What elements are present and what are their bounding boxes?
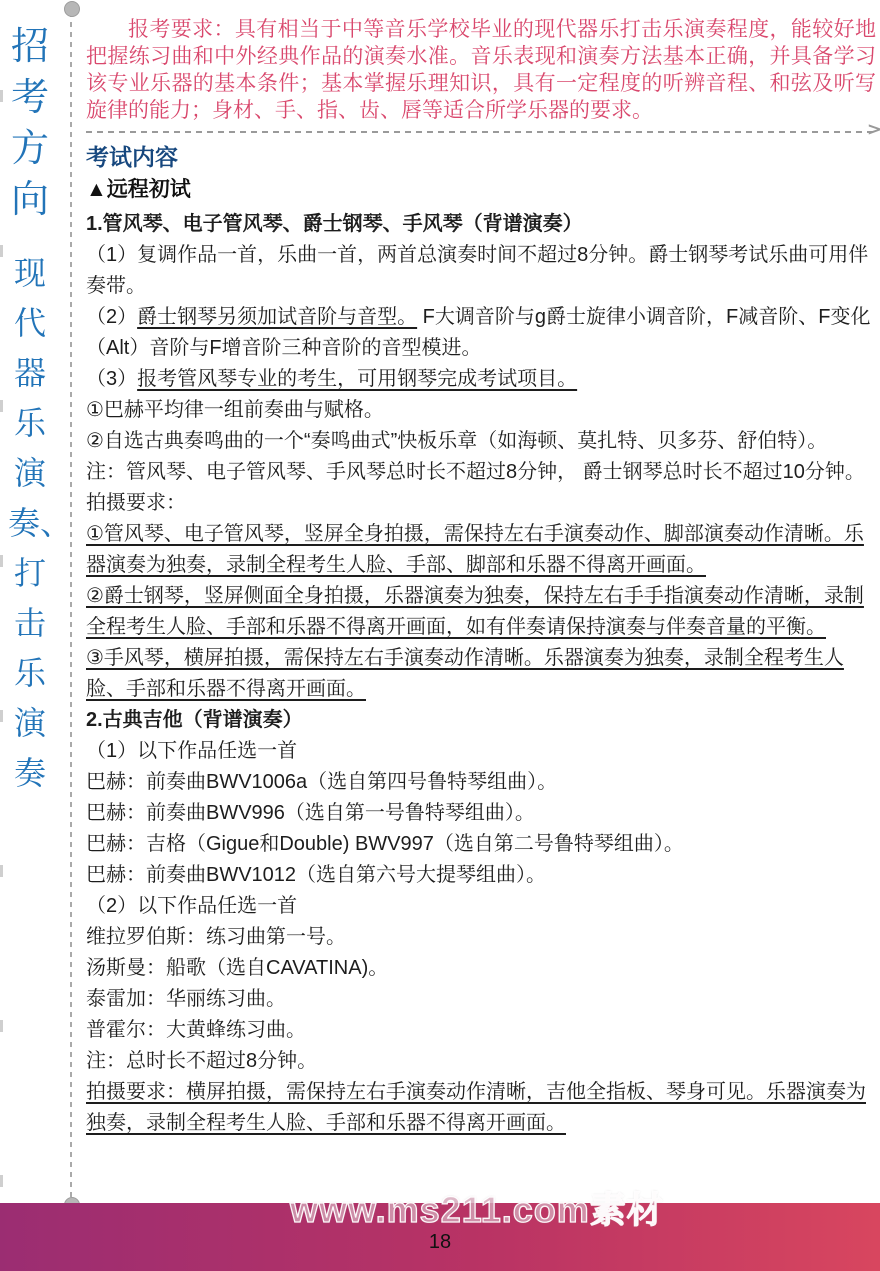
repertoire-item: 泰雷加：华丽练习曲。 xyxy=(86,984,876,1015)
item2-group1-label: （1）以下作品任选一首 xyxy=(86,736,876,767)
main-content: 报考要求：具有相当于中等音乐学校毕业的现代器乐打击乐演奏程度，能较好地把握练习曲… xyxy=(86,0,876,1139)
repertoire-item: 巴赫：前奏曲BWV1012（选自第六号大提琴组曲）。 xyxy=(86,860,876,891)
admission-requirements-paragraph: 报考要求：具有相当于中等音乐学校毕业的现代器乐打击乐演奏程度，能较好地把握练习曲… xyxy=(86,0,876,124)
divider-dot-top-icon xyxy=(64,1,80,17)
item2-note: 注：总时长不超过8分钟。 xyxy=(86,1046,876,1077)
item1-point1: （1）复调作品一首，乐曲一首，两首总演奏时间不超过8分钟。爵士钢琴考试乐曲可用伴… xyxy=(86,240,876,302)
vertical-dashed-divider xyxy=(70,12,72,1202)
item2-group2-label: （2）以下作品任选一首 xyxy=(86,891,876,922)
item1-point2: （2）爵士钢琴另须加试音阶与音型。 F大调音阶与g爵士旋律小调音阶，F减音阶、F… xyxy=(86,302,876,364)
item1-point3-underlined: 报考管风琴专业的考生，可用钢琴完成考试项目。 xyxy=(137,368,577,390)
document-page: 招考方向 现代器乐演奏、打击乐演奏 报考要求：具有相当于中等音乐学校毕业的现代器… xyxy=(0,0,880,1271)
section-heading: 考试内容 xyxy=(86,143,876,171)
item1-filming-label: 拍摄要求： xyxy=(86,488,876,519)
item1-sub1: ①巴赫平均律一组前奏曲与赋格。 xyxy=(86,395,876,426)
item1-point2-prefix: （2） xyxy=(86,306,137,328)
sidebar-subtitle: 现代器乐演奏、打击乐演奏 xyxy=(8,248,52,798)
item1-point3: （3）报考管风琴专业的考生，可用钢琴完成考试项目。 xyxy=(86,364,876,395)
item1-filming2: ②爵士钢琴，竖屏侧面全身拍摄，乐器演奏为独奏，保持左右手手指演奏动作清晰，录制全… xyxy=(86,581,876,643)
repertoire-item: 普霍尔：大黄蜂练习曲。 xyxy=(86,1015,876,1046)
item1-point2-underlined: 爵士钢琴另须加试音阶与音型。 xyxy=(137,306,417,328)
exam-content-section: 考试内容 ▲远程初试 1.管风琴、电子管风琴、爵士钢琴、手风琴（背谱演奏） （1… xyxy=(86,143,876,1139)
sidebar: 招考方向 现代器乐演奏、打击乐演奏 xyxy=(8,22,52,798)
watermark: www.ms211.com素材 xyxy=(290,1182,664,1233)
item1-title: 1.管风琴、电子管风琴、爵士钢琴、手风琴（背谱演奏） xyxy=(86,209,876,240)
section-divider: > xyxy=(86,131,876,133)
item1-filming1: ①管风琴、电子管风琴，竖屏全身拍摄，需保持左右手演奏动作、脚部演奏动作清晰。乐器… xyxy=(86,519,876,581)
repertoire-item: 巴赫：吉格（Gigue和Double) BWV997（选自第二号鲁特琴组曲）。 xyxy=(86,829,876,860)
item1-filming2-text: ②爵士钢琴，竖屏侧面全身拍摄，乐器演奏为独奏，保持左右手手指演奏动作清晰，录制全… xyxy=(86,585,864,638)
item1-point3-prefix: （3） xyxy=(86,368,137,390)
repertoire-item: 汤斯曼：船歌（选自CAVATINA)。 xyxy=(86,953,876,984)
item1-filming3: ③手风琴，横屏拍摄，需保持左右手演奏动作清晰。乐器演奏为独奏，录制全程考生人脸、… xyxy=(86,643,876,705)
item1-filming3-text: ③手风琴，横屏拍摄，需保持左右手演奏动作清晰。乐器演奏为独奏，录制全程考生人脸、… xyxy=(86,647,844,700)
stage-heading: ▲远程初试 xyxy=(86,175,876,205)
item1-filming1-text: ①管风琴、电子管风琴，竖屏全身拍摄，需保持左右手演奏动作、脚部演奏动作清晰。乐器… xyxy=(86,523,864,576)
item1-note: 注：管风琴、电子管风琴、手风琴总时长不超过8分钟， 爵士钢琴总时长不超过10分钟… xyxy=(86,457,876,488)
item2-filming-text: 拍摄要求：横屏拍摄，需保持左右手演奏动作清晰，吉他全指板、琴身可见。乐器演奏为独… xyxy=(86,1081,866,1134)
repertoire-item: 维拉罗伯斯：练习曲第一号。 xyxy=(86,922,876,953)
repertoire-item: 巴赫：前奏曲BWV1006a（选自第四号鲁特琴组曲）。 xyxy=(86,767,876,798)
item1-sub2: ②自选古典奏鸣曲的一个“奏鸣曲式”快板乐章（如海顿、莫扎特、贝多芬、舒伯特）。 xyxy=(86,426,876,457)
sidebar-title: 招考方向 xyxy=(8,22,52,226)
repertoire-item: 巴赫：前奏曲BWV996（选自第一号鲁特琴组曲）。 xyxy=(86,798,876,829)
arrow-right-icon: > xyxy=(867,119,880,140)
page-edge-marks xyxy=(0,90,3,1190)
item2-title: 2.古典吉他（背谱演奏） xyxy=(86,705,876,736)
page-number: 18 xyxy=(0,1230,880,1254)
item2-filming: 拍摄要求：横屏拍摄，需保持左右手演奏动作清晰，吉他全指板、琴身可见。乐器演奏为独… xyxy=(86,1077,876,1139)
